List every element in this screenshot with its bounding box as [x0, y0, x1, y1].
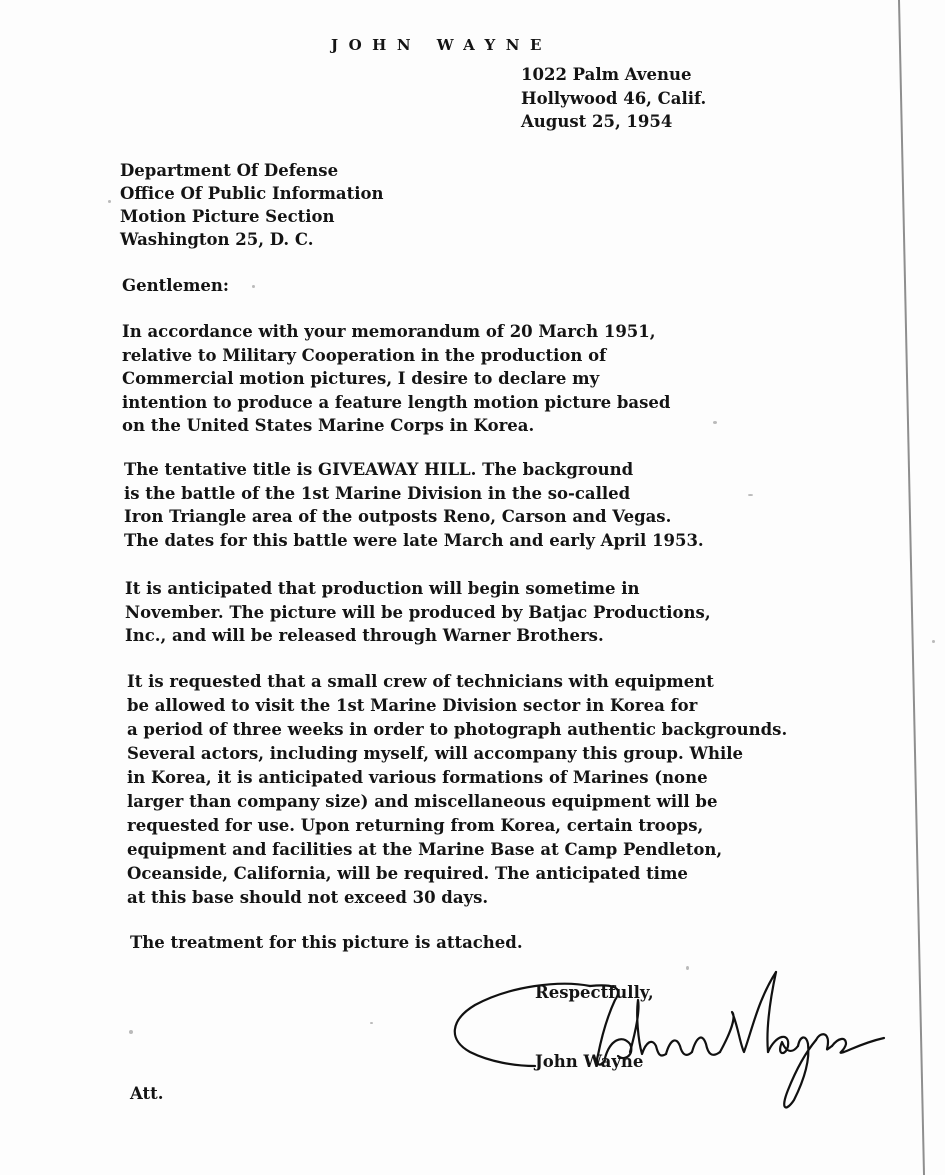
paragraph-line: November. The picture will be produced b…: [125, 601, 711, 625]
paragraph-line: relative to Military Cooperation in the …: [122, 344, 670, 368]
paragraph-line: larger than company size) and miscellane…: [127, 790, 787, 814]
letter-date: August 25, 1954: [521, 110, 706, 134]
body-paragraph-5: The treatment for this picture is attach…: [130, 931, 523, 955]
paragraph-line: Iron Triangle area of the outposts Reno,…: [124, 505, 704, 529]
scan-speck: [108, 200, 111, 203]
paragraph-line: In accordance with your memorandum of 20…: [122, 320, 670, 344]
scan-speck: [713, 421, 717, 424]
paragraph-line: is the battle of the 1st Marine Division…: [124, 482, 704, 506]
paragraph-line: equipment and facilities at the Marine B…: [127, 838, 787, 862]
salutation: Gentlemen:: [122, 274, 229, 298]
address-city: Hollywood 46, Calif.: [521, 87, 706, 111]
body-paragraph-1: In accordance with your memorandum of 20…: [122, 320, 670, 438]
scan-speck: [686, 966, 689, 970]
paragraph-line: at this base should not exceed 30 days.: [127, 886, 787, 910]
paragraph-line: It is anticipated that production will b…: [125, 577, 711, 601]
recipient-line: Washington 25, D. C.: [120, 228, 384, 251]
salutation-text: Gentlemen:: [122, 274, 229, 298]
body-paragraph-2: The tentative title is GIVEAWAY HILL. Th…: [124, 458, 704, 552]
scan-speck: [748, 494, 753, 496]
paragraph-line: Commercial motion pictures, I desire to …: [122, 367, 670, 391]
enclosure-note: Att.: [130, 1082, 164, 1106]
address-street: 1022 Palm Avenue: [521, 63, 706, 87]
scan-speck: [129, 1030, 133, 1034]
paragraph-line: a period of three weeks in order to phot…: [127, 718, 787, 742]
letterhead: JOHN WAYNE: [331, 36, 552, 54]
handwritten-signature-icon: [440, 960, 900, 1120]
recipient-line: Department Of Defense: [120, 159, 384, 182]
paragraph-line: Oceanside, California, will be required.…: [127, 862, 787, 886]
scan-speck: [932, 640, 935, 643]
body-paragraph-3: It is anticipated that production will b…: [125, 577, 711, 648]
paragraph-line: It is requested that a small crew of tec…: [127, 670, 787, 694]
paragraph-line: The dates for this battle were late Marc…: [124, 529, 704, 553]
letter-page: JOHN WAYNE 1022 Palm Avenue Hollywood 46…: [0, 0, 945, 1175]
paragraph-line: Several actors, including myself, will a…: [127, 742, 787, 766]
paragraph-line: intention to produce a feature length mo…: [122, 391, 670, 415]
scan-speck: [370, 1022, 373, 1024]
body-paragraph-4: It is requested that a small crew of tec…: [127, 670, 787, 910]
sender-address: 1022 Palm Avenue Hollywood 46, Calif. Au…: [521, 63, 706, 134]
paragraph-line: The treatment for this picture is attach…: [130, 931, 523, 955]
paragraph-line: on the United States Marine Corps in Kor…: [122, 414, 670, 438]
recipient-line: Motion Picture Section: [120, 205, 384, 228]
paragraph-line: requested for use. Upon returning from K…: [127, 814, 787, 838]
paragraph-line: Inc., and will be released through Warne…: [125, 624, 711, 648]
signer-name-text: John Wayne: [535, 1050, 643, 1074]
paragraph-line: The tentative title is GIVEAWAY HILL. Th…: [124, 458, 704, 482]
recipient-line: Office Of Public Information: [120, 182, 384, 205]
signer-name: John Wayne: [535, 1050, 643, 1074]
enclosure-text: Att.: [130, 1082, 164, 1106]
scan-speck: [252, 285, 255, 288]
recipient-address: Department Of Defense Office Of Public I…: [120, 159, 384, 251]
paragraph-line: be allowed to visit the 1st Marine Divis…: [127, 694, 787, 718]
paragraph-line: in Korea, it is anticipated various form…: [127, 766, 787, 790]
